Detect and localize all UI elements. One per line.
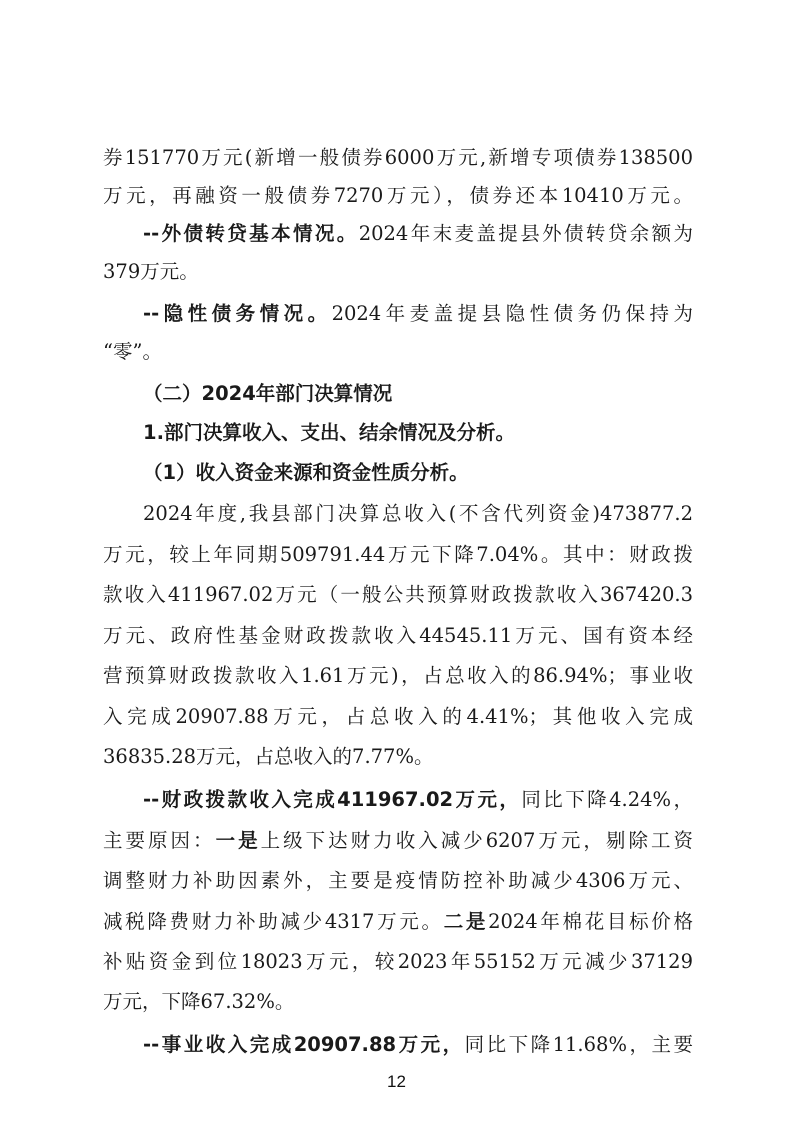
subsection-heading: （1）收入资金来源和资金性质分析。 [143, 458, 693, 488]
paragraph-line: 减税降费财力补助减少4317万元。二是2024年棉花目标价格 [103, 907, 693, 937]
body-text: 上级下达财力收入减少6207万元，剔除工资 [261, 829, 693, 852]
bold-lead-text: --隐性债务情况。 [143, 302, 332, 325]
body-text: 主要原因： [103, 829, 216, 852]
paragraph-line: 36835.28万元，占总收入的7.77%。 [103, 742, 693, 772]
body-text: 2024年末麦盖提县外债转贷余额为 [359, 222, 693, 245]
body-text: 减税降费财力补助减少4317万元。 [103, 910, 444, 933]
body-text: 万元，下降67.32%。 [103, 990, 294, 1013]
heading-text: （二）2024年部门决算情况 [143, 382, 392, 405]
body-text: 36835.28万元，占总收入的7.77%。 [103, 745, 434, 768]
paragraph-line: 万元，较上年同期509791.44万元下降7.04%。其中：财政拨 [103, 540, 693, 570]
bold-inline-text: 一是 [216, 829, 261, 852]
bold-lead-text: --外债转贷基本情况。 [143, 222, 359, 245]
paragraph-line: 调整财力补助因素外，主要是疫情防控补助减少4306万元、 [103, 866, 693, 896]
document-page: 券151770万元(新增一般债券6000万元,新增专项债券138500 万元，再… [0, 0, 793, 1122]
paragraph-line: 主要原因：一是上级下达财力收入减少6207万元，剔除工资 [103, 826, 693, 856]
paragraph-line: 万元，再融资一般债券7270万元），债券还本10410万元。 [103, 181, 693, 211]
paragraph-line: --事业收入完成20907.88万元，同比下降11.68%，主要 [143, 1030, 693, 1060]
paragraph-line: 券151770万元(新增一般债券6000万元,新增专项债券138500 [103, 143, 693, 173]
heading-text: （1）收入资金来源和资金性质分析。 [143, 461, 469, 484]
bold-inline-text: 二是 [444, 910, 488, 933]
page-number: 12 [0, 1072, 793, 1092]
paragraph-line: 万元，下降67.32%。 [103, 987, 693, 1017]
paragraph-line: 款收入411967.02万元（一般公共预算财政拨款收入367420.3 [103, 580, 693, 610]
body-text: 券151770万元(新增一般债券6000万元,新增专项债券138500 [103, 146, 693, 169]
paragraph-line: 2024年度,我县部门决算总收入(不含代列资金)473877.2 [143, 499, 693, 529]
body-text: 同比下降11.68%，主要 [465, 1033, 693, 1056]
paragraph-line: --外债转贷基本情况。2024年末麦盖提县外债转贷余额为 [143, 219, 693, 249]
body-text: 入完成20907.88万元，占总收入的4.41%；其他收入完成 [103, 705, 693, 728]
bold-lead-text: --财政拨款收入完成411967.02万元， [143, 788, 521, 811]
heading-text: 1.部门决算收入、支出、结余情况及分析。 [143, 421, 515, 444]
body-text: 2024年麦盖提县隐性债务仍保持为 [332, 302, 693, 325]
body-text: 万元、政府性基金财政拨款收入44545.11万元、国有资本经 [103, 624, 693, 647]
paragraph-line: “零”。 [103, 337, 693, 367]
body-text: 379万元。 [103, 260, 199, 283]
paragraph-line: 补贴资金到位18023万元，较2023年55152万元减少37129 [103, 947, 693, 977]
body-text: 万元，较上年同期509791.44万元下降7.04%。其中：财政拨 [103, 543, 693, 566]
paragraph-line: --隐性债务情况。2024年麦盖提县隐性债务仍保持为 [143, 299, 693, 329]
paragraph-line: 入完成20907.88万元，占总收入的4.41%；其他收入完成 [103, 702, 693, 732]
paragraph-line: 379万元。 [103, 257, 693, 287]
paragraph-line: --财政拨款收入完成411967.02万元，同比下降4.24%， [143, 785, 693, 815]
body-text: 补贴资金到位18023万元，较2023年55152万元减少37129 [103, 950, 693, 973]
body-text: 调整财力补助因素外，主要是疫情防控补助减少4306万元、 [103, 869, 693, 892]
body-text: 2024年棉花目标价格 [488, 910, 693, 933]
bold-lead-text: --事业收入完成20907.88万元， [143, 1033, 465, 1056]
subsection-heading: 1.部门决算收入、支出、结余情况及分析。 [143, 418, 693, 448]
body-text: 营预算财政拨款收入1.61万元)，占总收入的86.94%；事业收 [103, 664, 693, 687]
body-text: 款收入411967.02万元（一般公共预算财政拨款收入367420.3 [103, 583, 693, 606]
body-text: 2024年度,我县部门决算总收入(不含代列资金)473877.2 [143, 502, 693, 525]
body-text: 同比下降4.24%， [521, 788, 693, 811]
body-text: “零”。 [103, 340, 162, 363]
body-text: 万元，再融资一般债券7270万元），债券还本10410万元。 [103, 184, 693, 207]
section-heading: （二）2024年部门决算情况 [143, 379, 693, 409]
paragraph-line: 营预算财政拨款收入1.61万元)，占总收入的86.94%；事业收 [103, 661, 693, 691]
paragraph-line: 万元、政府性基金财政拨款收入44545.11万元、国有资本经 [103, 621, 693, 651]
